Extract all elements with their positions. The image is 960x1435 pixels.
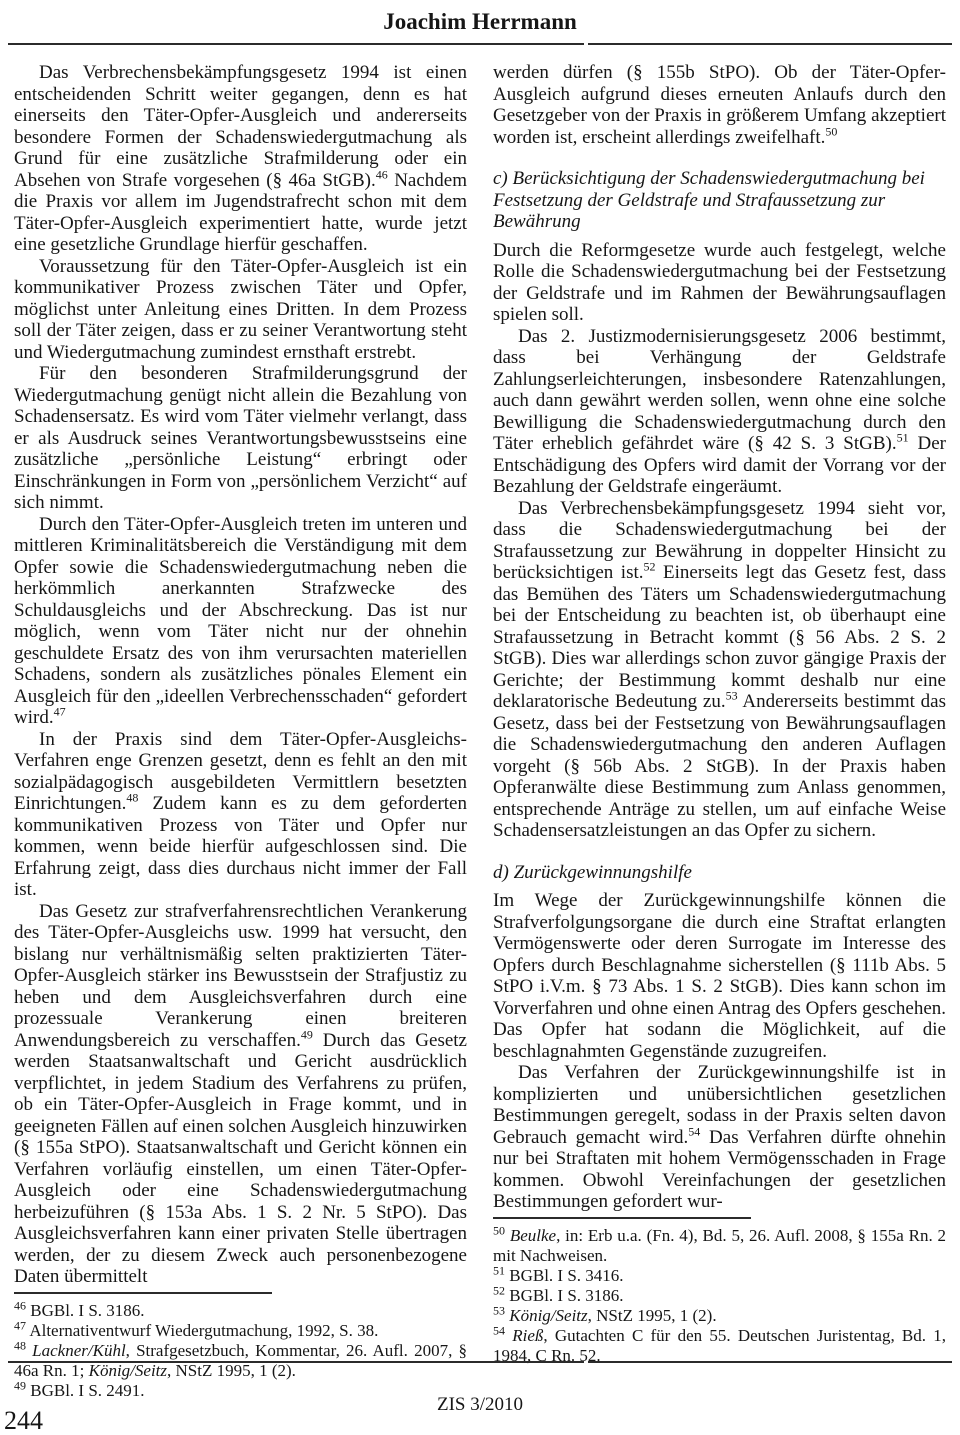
- paragraph: werden dürfen (§ 155b StPO). Ob der Täte…: [493, 62, 946, 148]
- text-run: Alternativentwurf Wiedergutmachung, 1992…: [29, 1321, 378, 1340]
- paragraph: Das Gesetz zur strafverfahrensrechtliche…: [14, 901, 467, 1288]
- paragraph: Im Wege der Zurückgewinnungshilfe können…: [493, 890, 946, 1062]
- divider-segment: [588, 1361, 952, 1363]
- text-run: Durch den Täter-Opfer-Ausgleich treten i…: [14, 514, 467, 729]
- footnote: 47 Alternativentwurf Wiedergutmachung, 1…: [14, 1321, 467, 1341]
- paragraph: Das Verbrechensbekämpfungsgesetz 1994 si…: [493, 498, 946, 842]
- footnote: 53 König/Seitz, NStZ 1995, 1 (2).: [493, 1306, 946, 1326]
- footnote-ref: 48: [126, 791, 138, 805]
- page-number: 244: [4, 1407, 43, 1435]
- text-run: , in: Erb u.a. (Fn. 4), Bd. 5, 26. Aufl.…: [493, 1226, 946, 1265]
- two-column-text: Das Verbrechensbekämpfungsgesetz 1994 is…: [0, 62, 960, 1343]
- text-run: c) Berücksichtigung der Schadenswiedergu…: [493, 168, 925, 232]
- left-column-body: Das Verbrechensbekämpfungsgesetz 1994 is…: [14, 62, 467, 1288]
- text-run: Im Wege der Zurückgewinnungshilfe können…: [493, 890, 946, 1062]
- text-run: Einerseits legt das Gesetz fest, dass da…: [493, 562, 946, 712]
- divider-segment: [8, 1361, 584, 1363]
- paragraph: Durch den Täter-Opfer-Ausgleich treten i…: [14, 514, 467, 729]
- paragraph: Voraussetzung für den Täter-Opfer-Ausgle…: [14, 256, 467, 364]
- section-heading: c) Berücksichtigung der Schadenswiedergu…: [493, 168, 946, 233]
- text-run: Beulke: [510, 1226, 556, 1245]
- paragraph: Das 2. Justizmodernisierungsgesetz 2006 …: [493, 326, 946, 498]
- text-run: Das 2. Justizmodernisierungsgesetz 2006 …: [493, 326, 946, 455]
- paragraph: In der Praxis sind dem Täter-Opfer-Ausgl…: [14, 729, 467, 901]
- page-footer: ZIS 3/2010 244: [0, 1353, 960, 1435]
- paragraph: Das Verbrechensbekämpfungsgesetz 1994 is…: [14, 62, 467, 256]
- text-run: Für den besonderen Strafmilderungsgrund …: [14, 363, 467, 513]
- footnote-number: 54: [493, 1323, 505, 1337]
- footnote-ref: 49: [301, 1027, 313, 1041]
- text-run: Rieß: [512, 1326, 543, 1345]
- journal-page: Joachim Herrmann Das Verbrechensbekämpfu…: [0, 0, 960, 1435]
- text-run: Voraussetzung für den Täter-Opfer-Ausgle…: [14, 256, 467, 363]
- footnote-ref: 52: [644, 560, 656, 574]
- text-run: d) Zurückgewinnungshilfe: [493, 862, 692, 883]
- text-run: BGBl. I S. 3186.: [509, 1286, 623, 1305]
- right-column: werden dürfen (§ 155b StPO). Ob der Täte…: [493, 62, 946, 1343]
- right-footnotes: 50 Beulke, in: Erb u.a. (Fn. 4), Bd. 5, …: [493, 1213, 946, 1366]
- text-run: werden dürfen (§ 155b StPO). Ob der Täte…: [493, 62, 946, 148]
- footnote-ref: 47: [54, 705, 66, 719]
- footnote-number: 46: [14, 1298, 26, 1312]
- text-run: Durch die Reformgesetze wurde auch festg…: [493, 240, 946, 326]
- journal-title: ZIS 3/2010: [0, 1394, 960, 1416]
- footnote-number: 50: [493, 1223, 505, 1237]
- footnote-separator: [493, 1217, 751, 1219]
- paragraph: Das Verfahren der Zurückgewinnungshilfe …: [493, 1062, 946, 1213]
- text-run: Andererseits bestimmt das Gesetz, dass b…: [493, 691, 946, 841]
- divider-segment: [588, 43, 952, 45]
- divider-segment: [8, 43, 584, 45]
- footnote-number: 47: [14, 1318, 26, 1332]
- footnote-ref: 50: [825, 124, 837, 138]
- left-column: Das Verbrechensbekämpfungsgesetz 1994 is…: [14, 62, 467, 1343]
- footnote-separator: [14, 1292, 272, 1294]
- footnote: 52 BGBl. I S. 3186.: [493, 1286, 946, 1306]
- text-run: BGBl. I S. 3416.: [509, 1266, 623, 1285]
- text-run: BGBl. I S. 3186.: [30, 1301, 144, 1320]
- page-title: Joachim Herrmann: [0, 0, 960, 35]
- footnote-number: 51: [493, 1263, 505, 1277]
- text-run: , NStZ 1995, 1 (2).: [588, 1306, 717, 1325]
- footnote-number: 52: [493, 1283, 505, 1297]
- text-run: Durch das Gesetz werden Staatsanwaltscha…: [14, 1030, 467, 1288]
- footnote-ref: 51: [897, 431, 909, 445]
- footnote: 46 BGBl. I S. 3186.: [14, 1301, 467, 1321]
- section-heading: d) Zurückgewinnungshilfe: [493, 862, 946, 884]
- footnote-ref: 54: [688, 1124, 700, 1138]
- footnote: 51 BGBl. I S. 3416.: [493, 1266, 946, 1286]
- paragraph: Für den besonderen Strafmilderungsgrund …: [14, 363, 467, 514]
- text-run: Das Gesetz zur strafverfahrensrechtliche…: [14, 901, 467, 1051]
- header-divider: [8, 43, 952, 45]
- footer-divider: [8, 1361, 952, 1363]
- text-run: König/Seitz: [509, 1306, 587, 1325]
- paragraph: Durch die Reformgesetze wurde auch festg…: [493, 240, 946, 326]
- footnote-ref: 46: [376, 167, 388, 181]
- footnote-number: 48: [14, 1338, 26, 1352]
- right-column-body: werden dürfen (§ 155b StPO). Ob der Täte…: [493, 62, 946, 1213]
- footnote-number: 53: [493, 1303, 505, 1317]
- footnote-ref: 53: [726, 689, 738, 703]
- footnote: 50 Beulke, in: Erb u.a. (Fn. 4), Bd. 5, …: [493, 1226, 946, 1266]
